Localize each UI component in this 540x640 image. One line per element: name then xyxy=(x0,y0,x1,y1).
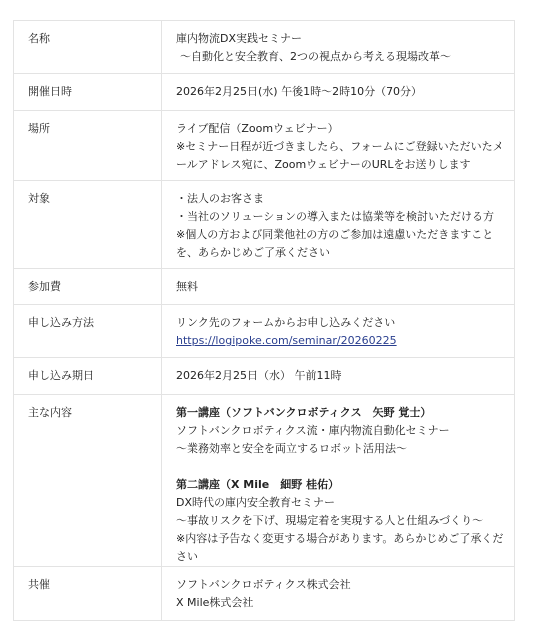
target-note: ※個人の方および同業他社の方のご参加は遠慮いただきますことを、あらかじめご了承く… xyxy=(176,226,504,262)
lecture2-heading: 第二講座（X Mile 細野 桂佑） xyxy=(176,476,504,494)
venue-note: ※セミナー日程が近づきましたら、フォームにご登録いただいたメールアドレス宛に、Z… xyxy=(176,138,504,174)
lecture1-title: ソフトバンクロボティクス流・庫内物流自動化セミナー xyxy=(176,422,504,440)
deadline-value: 2026年2月25日（水） 午前11時 xyxy=(176,367,504,385)
seminar-info-table: 名称 庫内物流DX実践セミナー 〜自動化と安全教育、2つの視点から考える現場改革… xyxy=(13,20,515,621)
value-apply-deadline: 2026年2月25日（水） 午前11時 xyxy=(162,358,515,395)
lecture2-title: DX時代の庫内安全教育セミナー xyxy=(176,494,504,512)
cohost-2: X Mile株式会社 xyxy=(176,594,504,612)
seminar-info: 名称 庫内物流DX実践セミナー 〜自動化と安全教育、2つの視点から考える現場改革… xyxy=(13,20,515,621)
row-name: 名称 庫内物流DX実践セミナー 〜自動化と安全教育、2つの視点から考える現場改革… xyxy=(14,21,515,74)
label-content: 主な内容 xyxy=(14,395,162,567)
value-fee: 無料 xyxy=(162,269,515,305)
value-target: ・法人のお客さま ・当社のソリューションの導入または協業等を検討いただける方 ※… xyxy=(162,181,515,269)
event-datetime: 2026年2月25日(水) 午後1時〜2時10分（70分） xyxy=(176,83,504,101)
value-datetime: 2026年2月25日(水) 午後1時〜2時10分（70分） xyxy=(162,74,515,111)
spacer xyxy=(176,458,504,476)
value-cohost: ソフトバンクロボティクス株式会社 X Mile株式会社 xyxy=(162,567,515,621)
lecture1-heading: 第一講座（ソフトバンクロボティクス 矢野 覚士） xyxy=(176,404,504,422)
seminar-subtitle: 〜自動化と安全教育、2つの視点から考える現場改革〜 xyxy=(176,48,504,66)
target-item-1: ・法人のお客さま xyxy=(176,190,504,208)
label-apply-method: 申し込み方法 xyxy=(14,305,162,358)
cohost-1: ソフトバンクロボティクス株式会社 xyxy=(176,576,504,594)
label-target: 対象 xyxy=(14,181,162,269)
apply-instruction: リンク先のフォームからお申し込みください xyxy=(176,314,504,332)
lecture1-subtitle: 〜業務効率と安全を両立するロボット活用法〜 xyxy=(176,440,504,458)
label-name: 名称 xyxy=(14,21,162,74)
value-content: 第一講座（ソフトバンクロボティクス 矢野 覚士） ソフトバンクロボティクス流・庫… xyxy=(162,395,515,567)
label-fee: 参加費 xyxy=(14,269,162,305)
label-datetime: 開催日時 xyxy=(14,74,162,111)
label-cohost: 共催 xyxy=(14,567,162,621)
value-apply-method: リンク先のフォームからお申し込みください https://logipoke.co… xyxy=(162,305,515,358)
venue-type: ライブ配信（Zoomウェビナー） xyxy=(176,120,504,138)
row-datetime: 開催日時 2026年2月25日(水) 午後1時〜2時10分（70分） xyxy=(14,74,515,111)
registration-link[interactable]: https://logipoke.com/seminar/20260225 xyxy=(176,332,504,350)
row-cohost: 共催 ソフトバンクロボティクス株式会社 X Mile株式会社 xyxy=(14,567,515,621)
content-note: ※内容は予告なく変更する場合があります。あらかじめご了承ください xyxy=(176,530,504,566)
seminar-title: 庫内物流DX実践セミナー xyxy=(176,30,504,48)
value-venue: ライブ配信（Zoomウェビナー） ※セミナー日程が近づきましたら、フォームにご登… xyxy=(162,111,515,181)
row-content: 主な内容 第一講座（ソフトバンクロボティクス 矢野 覚士） ソフトバンクロボティ… xyxy=(14,395,515,567)
row-apply-deadline: 申し込み期日 2026年2月25日（水） 午前11時 xyxy=(14,358,515,395)
fee-value: 無料 xyxy=(176,278,504,296)
row-apply-method: 申し込み方法 リンク先のフォームからお申し込みください https://logi… xyxy=(14,305,515,358)
lecture2-subtitle: 〜事故リスクを下げ、現場定着を実現する人と仕組みづくり〜 xyxy=(176,512,504,530)
value-name: 庫内物流DX実践セミナー 〜自動化と安全教育、2つの視点から考える現場改革〜 xyxy=(162,21,515,74)
label-apply-deadline: 申し込み期日 xyxy=(14,358,162,395)
row-venue: 場所 ライブ配信（Zoomウェビナー） ※セミナー日程が近づきましたら、フォーム… xyxy=(14,111,515,181)
row-fee: 参加費 無料 xyxy=(14,269,515,305)
row-target: 対象 ・法人のお客さま ・当社のソリューションの導入または協業等を検討いただける… xyxy=(14,181,515,269)
target-item-2: ・当社のソリューションの導入または協業等を検討いただける方 xyxy=(176,208,504,226)
label-venue: 場所 xyxy=(14,111,162,181)
